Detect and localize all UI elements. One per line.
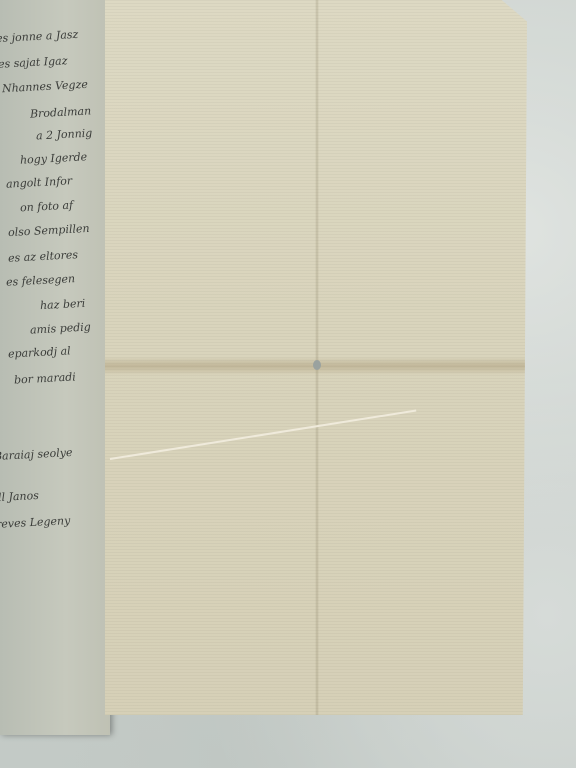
handwriting-line: es sajat Igaz — [0, 54, 68, 71]
handwriting-line: hogy Igerde — [20, 150, 88, 166]
handwriting-line: haz beri — [40, 297, 86, 312]
handwriting-line: on foto af — [20, 199, 74, 215]
vertical-fold-crease — [315, 0, 319, 715]
handwriting-line: a 2 Jonnig — [36, 127, 93, 143]
handwriting-line: ll Janos — [0, 489, 39, 504]
handwriting-line: eparkodj al — [8, 344, 71, 360]
handwriting-line: amis pedig — [30, 320, 91, 336]
handwriting-line: olso Sempillen — [8, 222, 90, 239]
handwriting-area: es jonne a Jasz es sajat Igaz Nhannes Ve… — [0, 0, 110, 735]
handwriting-line: Baraiaj seolye — [0, 446, 73, 463]
handwriting-line: reves Legeny — [0, 514, 71, 531]
handwriting-line: es felesegen — [6, 272, 76, 289]
paper-hole — [313, 360, 321, 370]
handwriting-line: Brodalman — [30, 104, 92, 120]
right-blank-page — [105, 0, 527, 715]
handwriting-line: angolt Infor — [6, 174, 73, 190]
handwriting-line: bor maradi — [14, 370, 76, 386]
handwriting-line: es jonne a Jasz — [0, 28, 79, 45]
handwriting-line: es az eltores — [8, 248, 79, 265]
handwriting-line: Nhannes Vegze — [2, 78, 88, 95]
